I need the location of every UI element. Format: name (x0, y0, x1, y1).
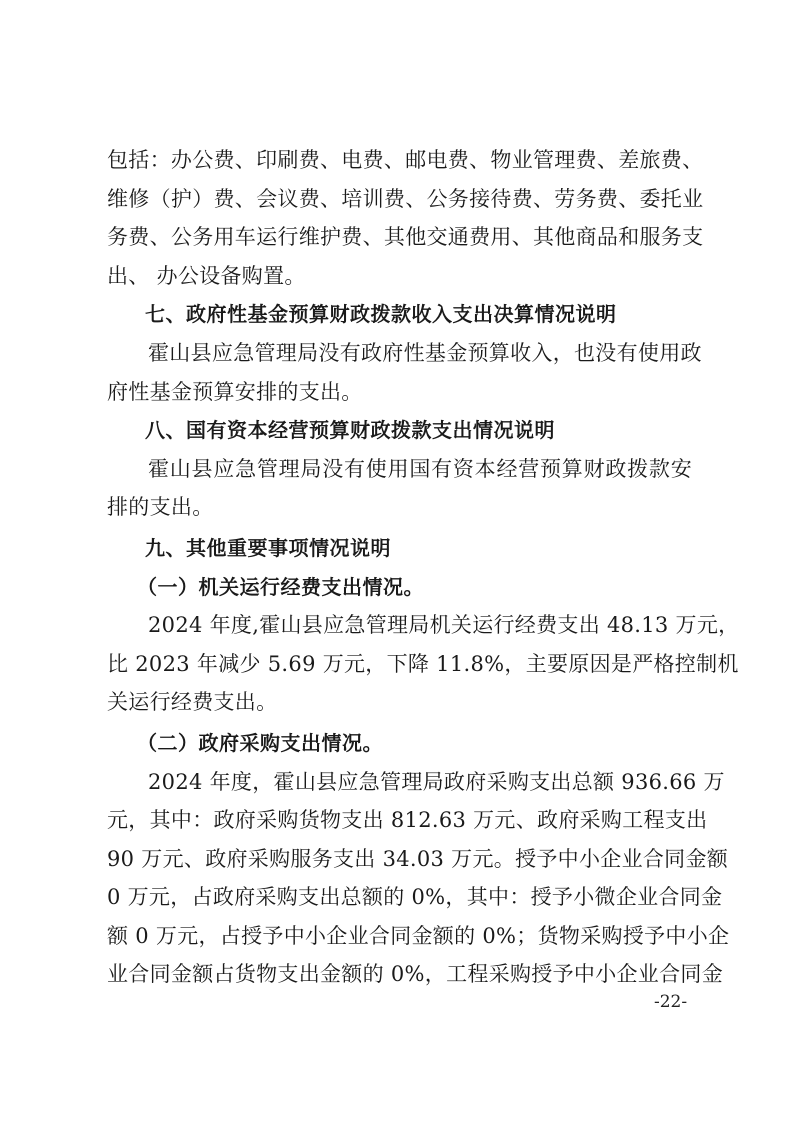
text-line: 排的支出。 (107, 488, 692, 527)
paragraph-section-8: 霍山县应急管理局没有使用国有资本经营预算财政拨款安 排的支出。 (107, 450, 692, 527)
text-line: 2024 年度,霍山县应急管理局机关运行经费支出 48.13 万元， (107, 606, 692, 645)
document-body: 包括：办公费、印刷费、电费、邮电费、物业管理费、差旅费、 维修（护）费、会议费、… (107, 141, 692, 994)
page-number: -22- (654, 992, 687, 1012)
text-line: 包括：办公费、印刷费、电费、邮电费、物业管理费、差旅费、 (107, 141, 692, 180)
paragraph-procurement: 2024 年度，霍山县应急管理局政府采购支出总额 936.66 万 元，其中：政… (107, 763, 692, 995)
text-line: 霍山县应急管理局没有使用国有资本经营预算财政拨款安 (107, 450, 692, 489)
document-page: 包括：办公费、印刷费、电费、邮电费、物业管理费、差旅费、 维修（护）费、会议费、… (0, 0, 793, 1122)
text-line: 比 2023 年减少 5.69 万元，下降 11.8%，主要原因是严格控制机 (107, 645, 692, 684)
section-heading-9: 九、其他重要事项情况说明 (107, 529, 692, 568)
text-line: 额 0 万元，占授予中小企业合同金额的 0%；货物采购授予中小企 (107, 917, 692, 956)
text-line: 出、 办公设备购置。 (107, 257, 692, 296)
paragraph-expense-items: 包括：办公费、印刷费、电费、邮电费、物业管理费、差旅费、 维修（护）费、会议费、… (107, 141, 692, 295)
text-line: 业合同金额占货物支出金额的 0%，工程采购授予中小企业合同金 (107, 955, 692, 994)
text-line: 0 万元，占政府采购支出总额的 0%，其中：授予小微企业合同金 (107, 878, 692, 917)
subsection-heading-1: （一）机关运行经费支出情况。 (107, 568, 692, 607)
subsection-heading-2: （二）政府采购支出情况。 (107, 724, 692, 763)
text-line: 府性基金预算安排的支出。 (107, 373, 692, 412)
section-heading-7: 七、政府性基金预算财政拨款收入支出决算情况说明 (107, 295, 692, 334)
text-line: 维修（护）费、会议费、培训费、公务接待费、劳务费、委托业 (107, 180, 692, 219)
text-line: 关运行经费支出。 (107, 683, 692, 722)
paragraph-operating-expenses: 2024 年度,霍山县应急管理局机关运行经费支出 48.13 万元， 比 202… (107, 606, 692, 722)
text-line: 2024 年度，霍山县应急管理局政府采购支出总额 936.66 万 (107, 763, 692, 802)
section-heading-8: 八、国有资本经营预算财政拨款支出情况说明 (107, 411, 692, 450)
text-line: 90 万元、政府采购服务支出 34.03 万元。授予中小企业合同金额 (107, 840, 692, 879)
text-line: 务费、公务用车运行维护费、其他交通费用、其他商品和服务支 (107, 218, 692, 257)
text-line: 元，其中：政府采购货物支出 812.63 万元、政府采购工程支出 (107, 801, 692, 840)
paragraph-section-7: 霍山县应急管理局没有政府性基金预算收入，也没有使用政 府性基金预算安排的支出。 (107, 334, 692, 411)
text-line: 霍山县应急管理局没有政府性基金预算收入，也没有使用政 (107, 334, 692, 373)
